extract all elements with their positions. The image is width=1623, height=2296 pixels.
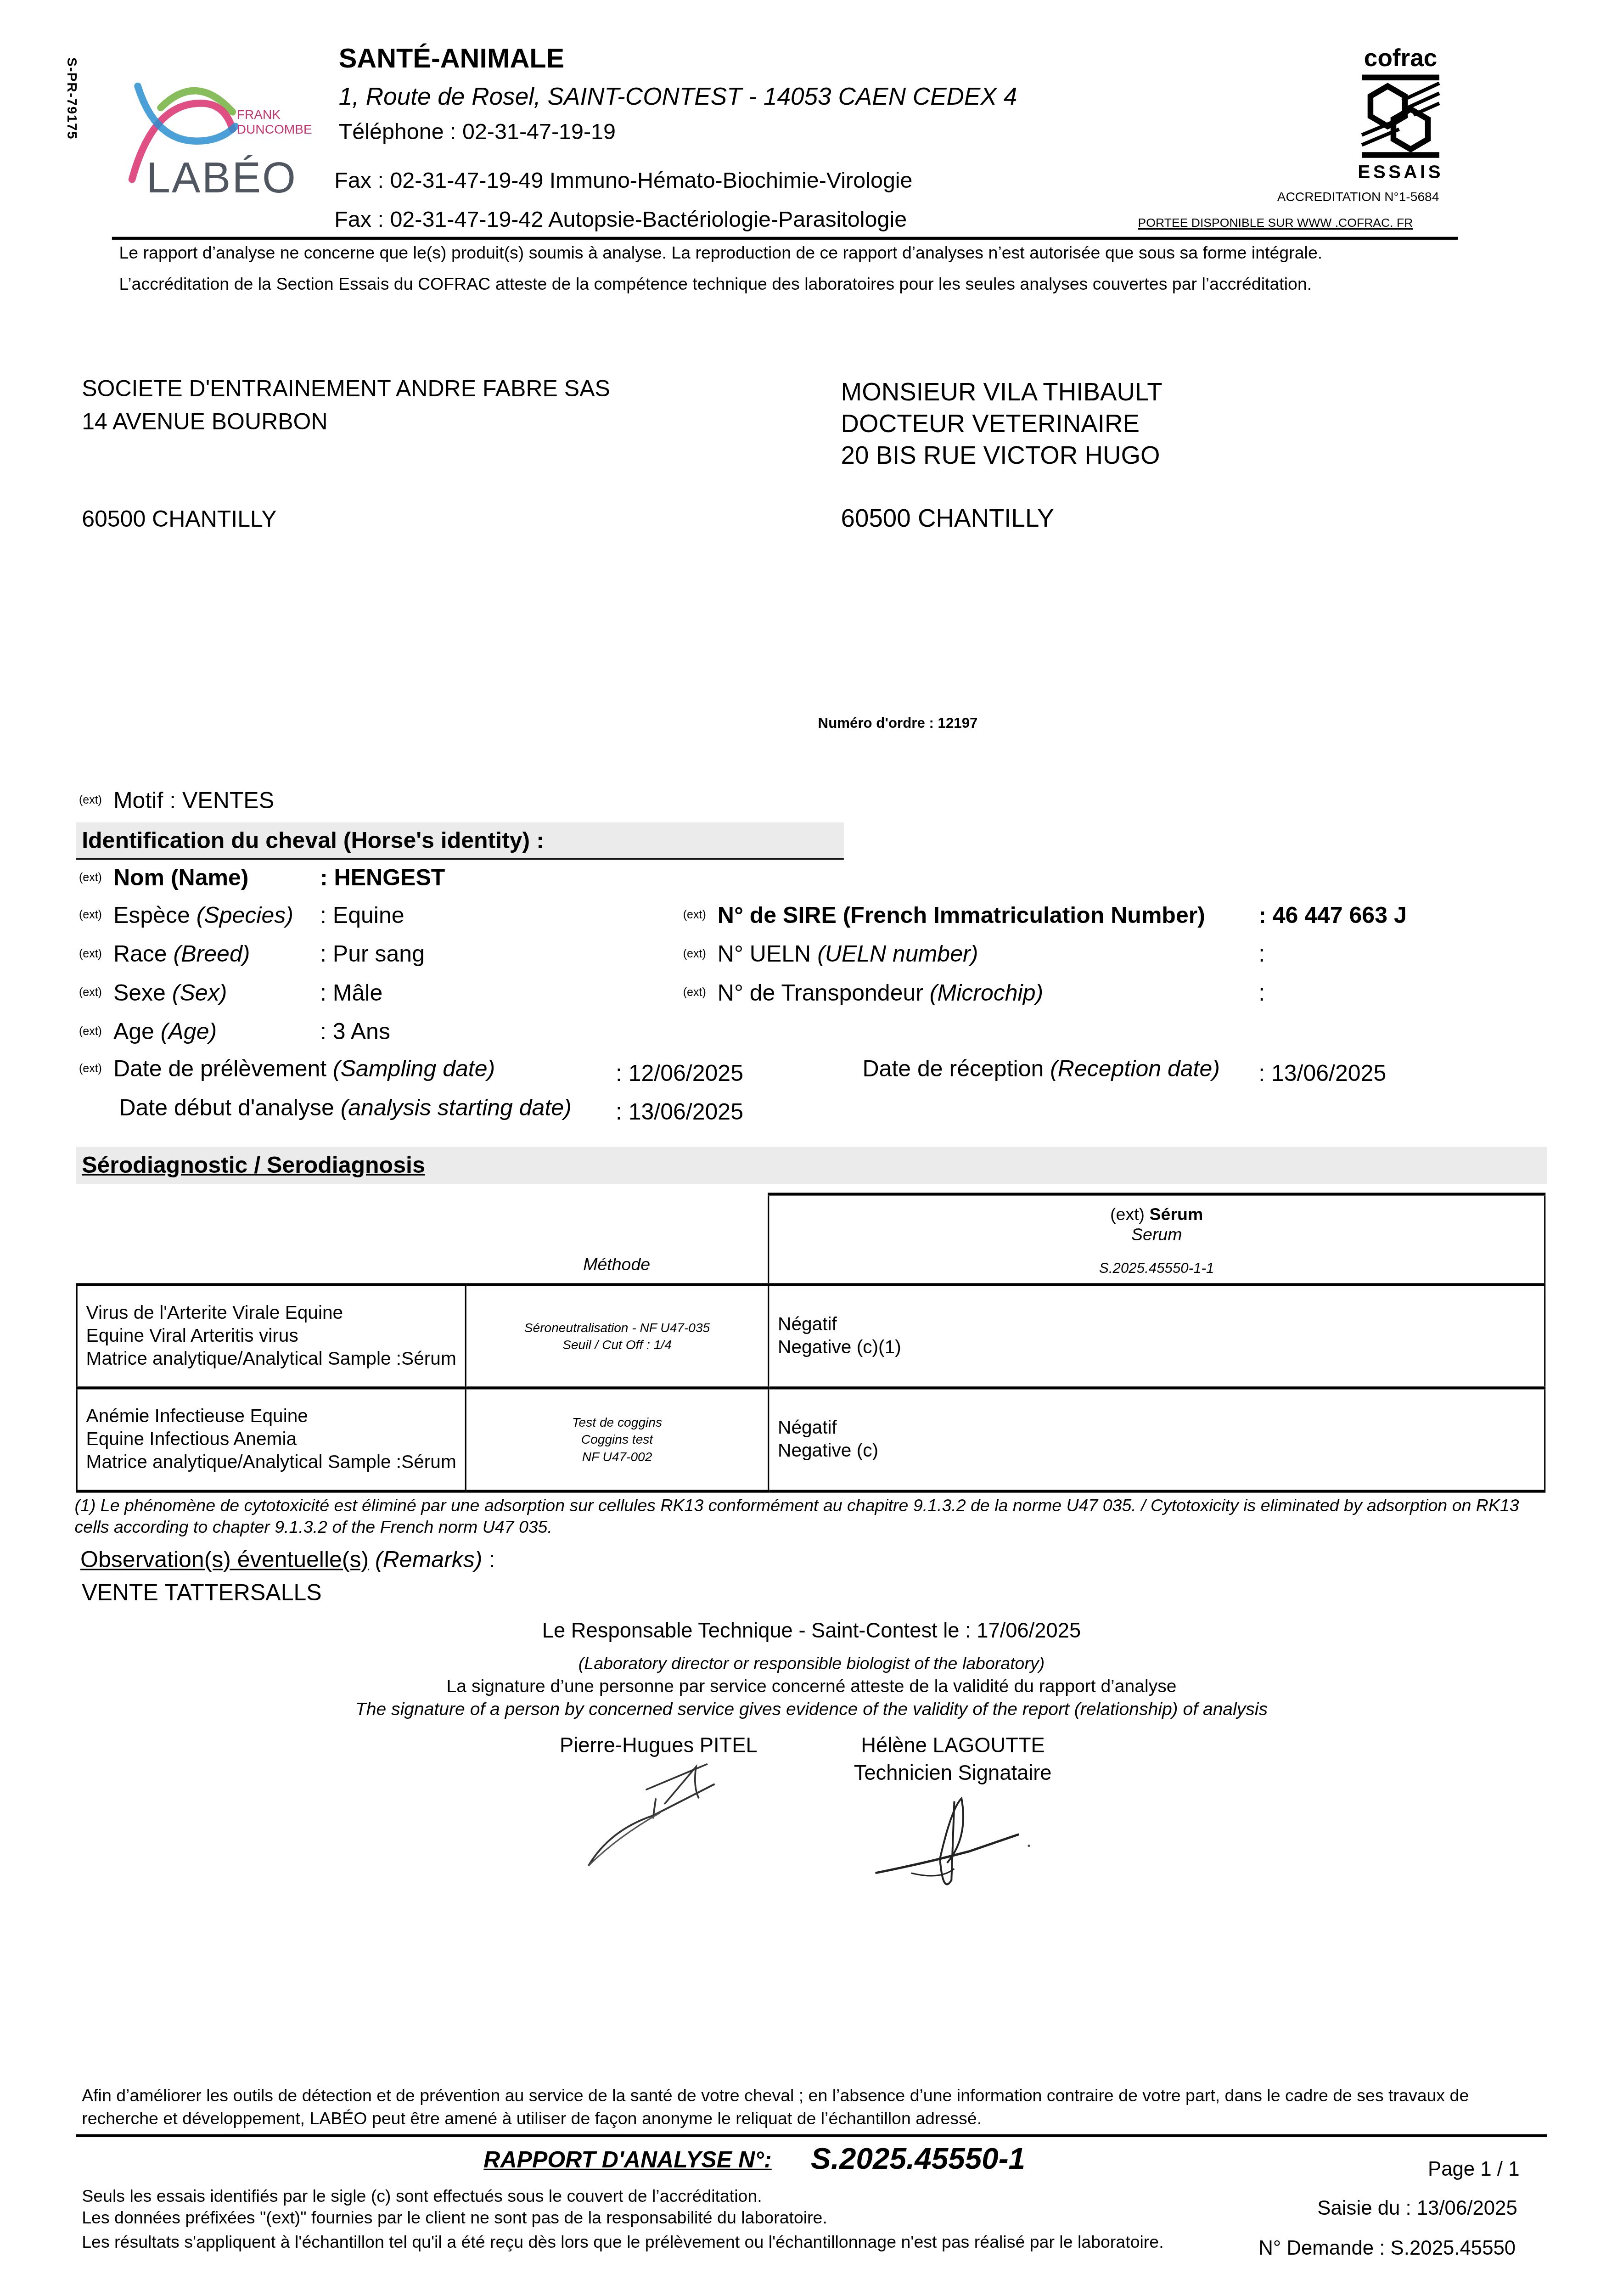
species-value: : Equine xyxy=(320,904,404,930)
footer-note-ext: Les données préfixées "(ext)" fournies p… xyxy=(82,2207,827,2228)
signer-role: Technicien Signataire xyxy=(854,1762,1052,1785)
vet-name: MONSIEUR VILA THIBAULT xyxy=(841,377,1162,408)
breed-label-en: (Breed) xyxy=(174,943,250,968)
analysis-name-en: Equine Infectious Anemia xyxy=(86,1428,465,1451)
ext-tag: (ext) xyxy=(79,1025,102,1038)
accreditation-disclaimer: L’accréditation de la Section Essais du … xyxy=(119,274,1312,294)
microchip-value: : xyxy=(1258,982,1265,1007)
age-label-en: (Age) xyxy=(161,1020,217,1045)
result-fr: Négatif xyxy=(778,1313,1544,1336)
analysis-report-page: S-PR-79175 FRANK DUNCOMBE LABÉO SANTÉ-AN… xyxy=(0,0,1623,2296)
method-line: Seuil / Cut Off : 1/4 xyxy=(466,1336,768,1354)
ext-tag: (ext) xyxy=(683,909,706,922)
client-city: 60500 CHANTILLY xyxy=(82,508,276,534)
document-code: S-PR-79175 xyxy=(63,57,79,140)
accreditation-number: ACCREDITATION N°1-5684 xyxy=(1277,190,1439,204)
species-label: Espèce xyxy=(113,904,190,929)
table-header-row: Méthode (ext) Sérum Serum S.2025.45550-1… xyxy=(77,1194,1544,1284)
analysis-matrix: Matrice analytique/Analytical Sample :Sé… xyxy=(86,1348,465,1371)
ext-tag: (ext) xyxy=(79,947,102,960)
results-table: Méthode (ext) Sérum Serum S.2025.45550-1… xyxy=(76,1193,1546,1492)
method-header: Méthode xyxy=(466,1194,769,1284)
ext-tag: (ext) xyxy=(79,1062,102,1075)
report-number: S.2025.45550-1 xyxy=(811,2143,1025,2178)
handwritten-signature-icon xyxy=(581,1758,753,1873)
vet-city: 60500 CHANTILLY xyxy=(841,504,1054,534)
observations-title: Observation(s) éventuelle(s) (Remarks) : xyxy=(80,1549,495,1575)
client-name: SOCIETE D'ENTRAINEMENT ANDRE FABRE SAS xyxy=(82,377,610,403)
motif-value: Motif : VENTES xyxy=(113,789,274,814)
age-value: : 3 Ans xyxy=(320,1020,390,1046)
result-en: Negative (c)(1) xyxy=(778,1336,1544,1359)
ext-tag: (ext) xyxy=(79,986,102,999)
cofrac-logo: cofrac ESSAIS xyxy=(1356,43,1445,181)
analysis-name-fr: Virus de l'Arterite Virale Equine xyxy=(86,1302,465,1325)
result-cell: Négatif Negative (c)(1) xyxy=(769,1284,1545,1388)
analysis-name-en: Equine Viral Arteritis virus xyxy=(86,1325,465,1348)
observations-colon: : xyxy=(482,1549,495,1573)
lab-phone: Téléphone : 02-31-47-19-19 xyxy=(339,121,616,146)
table-row: Anémie Infectieuse Equine Equine Infecti… xyxy=(77,1388,1544,1491)
sample-ext-tag: (ext) xyxy=(1110,1204,1145,1224)
microchip-label: N° de Transpondeur xyxy=(718,982,923,1006)
result-cell: Négatif Negative (c) xyxy=(769,1388,1545,1491)
analysis-start-label: Date début d'analyse xyxy=(119,1097,334,1121)
cofrac-scope-link[interactable]: PORTEE DISPONIBLE SUR WWW .COFRAC. FR xyxy=(1138,215,1413,230)
method-line: NF U47-002 xyxy=(466,1448,768,1466)
name-label: Nom (Name) xyxy=(113,867,249,891)
method-line: Séroneutralisation - NF U47-035 xyxy=(466,1319,768,1336)
observations-value: VENTE TATTERSALLS xyxy=(82,1581,321,1607)
analysis-matrix: Matrice analytique/Analytical Sample :Sé… xyxy=(86,1451,465,1474)
reception-date-value: : 13/06/2025 xyxy=(1258,1062,1386,1088)
signature-lagoutte xyxy=(868,1794,1055,1895)
observations-label: Observation(s) éventuelle(s) xyxy=(80,1549,369,1573)
header-divider xyxy=(112,237,1458,240)
report-disclaimer: Le rapport d’analyse ne concerne que le(… xyxy=(119,242,1322,263)
lab-fax-autopsie: Fax : 02-31-47-19-42 Autopsie-Bactériolo… xyxy=(334,208,907,234)
svg-text:DUNCOMBE: DUNCOMBE xyxy=(237,122,312,136)
age-label: Age xyxy=(113,1020,154,1045)
cofrac-essais-icon: cofrac ESSAIS xyxy=(1356,43,1445,181)
vet-title: DOCTEUR VETERINAIRE xyxy=(841,409,1140,439)
svg-text:cofrac: cofrac xyxy=(1364,45,1437,72)
handwritten-signature-icon xyxy=(868,1794,1055,1895)
method-line: Test de coggins xyxy=(466,1414,768,1431)
page-number: Page 1 / 1 xyxy=(1428,2157,1520,2180)
result-fr: Négatif xyxy=(778,1417,1544,1440)
motif: (ext)Motif : VENTES xyxy=(79,789,274,815)
table-row: Virus de l'Arterite Virale Equine Equine… xyxy=(77,1284,1544,1388)
method-cell: Séroneutralisation - NF U47-035 Seuil / … xyxy=(466,1284,769,1388)
signature-validity-en: The signature of a person by concerned s… xyxy=(0,1699,1623,1720)
analysis-header-cell xyxy=(77,1194,466,1284)
microchip-label-en: (Microchip) xyxy=(930,982,1043,1006)
signer-name: Pierre-Hugues PITEL xyxy=(560,1735,758,1758)
analysis-start-label-en: (analysis starting date) xyxy=(341,1097,572,1121)
sample-name: Sérum xyxy=(1150,1204,1203,1224)
svg-text:FRANK: FRANK xyxy=(237,107,281,122)
signature-pitel xyxy=(581,1758,753,1873)
svg-text:ESSAIS: ESSAIS xyxy=(1358,161,1443,181)
request-number: N° Demande : S.2025.45550 xyxy=(1258,2236,1516,2259)
lab-fax-immuno: Fax : 02-31-47-19-49 Immuno-Hémato-Bioch… xyxy=(334,169,912,195)
labeo-logo: FRANK DUNCOMBE LABÉO xyxy=(118,72,319,201)
ext-tag: (ext) xyxy=(79,909,102,922)
method-cell: Test de coggins Coggins test NF U47-002 xyxy=(466,1388,769,1491)
entry-date: Saisie du : 13/06/2025 xyxy=(1317,2196,1517,2219)
order-number: Numéro d'ordre : 12197 xyxy=(818,716,978,732)
method-line: Coggins test xyxy=(466,1431,768,1448)
footer-note-accreditation: Seuls les essais identifiés par le sigle… xyxy=(82,2186,762,2206)
analysis-name-fr: Anémie Infectieuse Equine xyxy=(86,1405,465,1428)
result-en: Negative (c) xyxy=(778,1440,1544,1463)
footer-note-results: Les résultats s'appliquent à l'échantill… xyxy=(82,2232,1163,2252)
sampling-date-label-en: (Sampling date) xyxy=(333,1058,495,1082)
cytotoxicity-footnote: (1) Le phénomène de cytotoxicité est éli… xyxy=(75,1496,1553,1539)
sampling-date-label: Date de prélèvement xyxy=(113,1058,326,1082)
ext-tag: (ext) xyxy=(79,871,102,884)
responsible-subtitle: (Laboratory director or responsible biol… xyxy=(0,1654,1623,1674)
sample-name-en: Serum xyxy=(769,1224,1544,1244)
client-street: 14 AVENUE BOURBON xyxy=(82,411,327,436)
sire-value: : 46 447 663 J xyxy=(1258,904,1407,930)
observations-label-en: (Remarks) xyxy=(375,1549,482,1573)
ueln-label: N° UELN xyxy=(718,943,811,968)
responsible-line: Le Responsable Technique - Saint-Contest… xyxy=(0,1621,1623,1643)
signer-name: Hélène LAGOUTTE xyxy=(861,1735,1045,1758)
sample-id: S.2025.45550-1-1 xyxy=(769,1261,1544,1277)
lab-address: 1, Route de Rosel, SAINT-CONTEST - 14053… xyxy=(339,83,1017,112)
footer-divider xyxy=(76,2134,1547,2137)
analysis-start-value: : 13/06/2025 xyxy=(616,1101,743,1126)
species-label-en: (Species) xyxy=(197,904,293,929)
svg-text:LABÉO: LABÉO xyxy=(146,153,297,201)
sex-value: : Mâle xyxy=(320,982,382,1007)
sex-label: Sexe xyxy=(113,982,166,1006)
analysis-cell: Virus de l'Arterite Virale Equine Equine… xyxy=(77,1284,466,1388)
labeo-swoosh-icon: FRANK DUNCOMBE LABÉO xyxy=(118,72,319,201)
breed-value: : Pur sang xyxy=(320,943,425,969)
serodiagnosis-section-title: Sérodiagnostic / Serodiagnosis xyxy=(82,1154,425,1180)
sex-label-en: (Sex) xyxy=(172,982,227,1006)
ueln-value: : xyxy=(1258,943,1265,969)
reception-date-label: Date de réception xyxy=(862,1058,1044,1082)
report-number-label: RAPPORT D'ANALYSE N°: xyxy=(483,2149,771,2174)
ext-tag: (ext) xyxy=(683,947,706,960)
ext-tag: (ext) xyxy=(683,986,706,999)
identity-section-title: Identification du cheval (Horse's identi… xyxy=(82,830,544,855)
ueln-label-en: (UELN number) xyxy=(817,943,978,968)
signature-validity-fr: La signature d’une personne par service … xyxy=(0,1677,1623,1697)
sire-label: N° de SIRE (French Immatriculation Numbe… xyxy=(718,904,1205,929)
sampling-date-value: : 12/06/2025 xyxy=(616,1062,743,1088)
sample-header: (ext) Sérum Serum S.2025.45550-1-1 xyxy=(769,1194,1545,1284)
lab-title: SANTÉ-ANIMALE xyxy=(339,45,565,76)
analysis-cell: Anémie Infectieuse Equine Equine Infecti… xyxy=(77,1388,466,1491)
name-value: : HENGEST xyxy=(320,867,445,893)
reception-date-label-en: (Reception date) xyxy=(1050,1058,1220,1082)
research-note: Afin d’améliorer les outils de détection… xyxy=(82,2084,1545,2130)
vet-street: 20 BIS RUE VICTOR HUGO xyxy=(841,441,1160,471)
ext-tag: (ext) xyxy=(79,793,102,806)
breed-label: Race xyxy=(113,943,167,968)
